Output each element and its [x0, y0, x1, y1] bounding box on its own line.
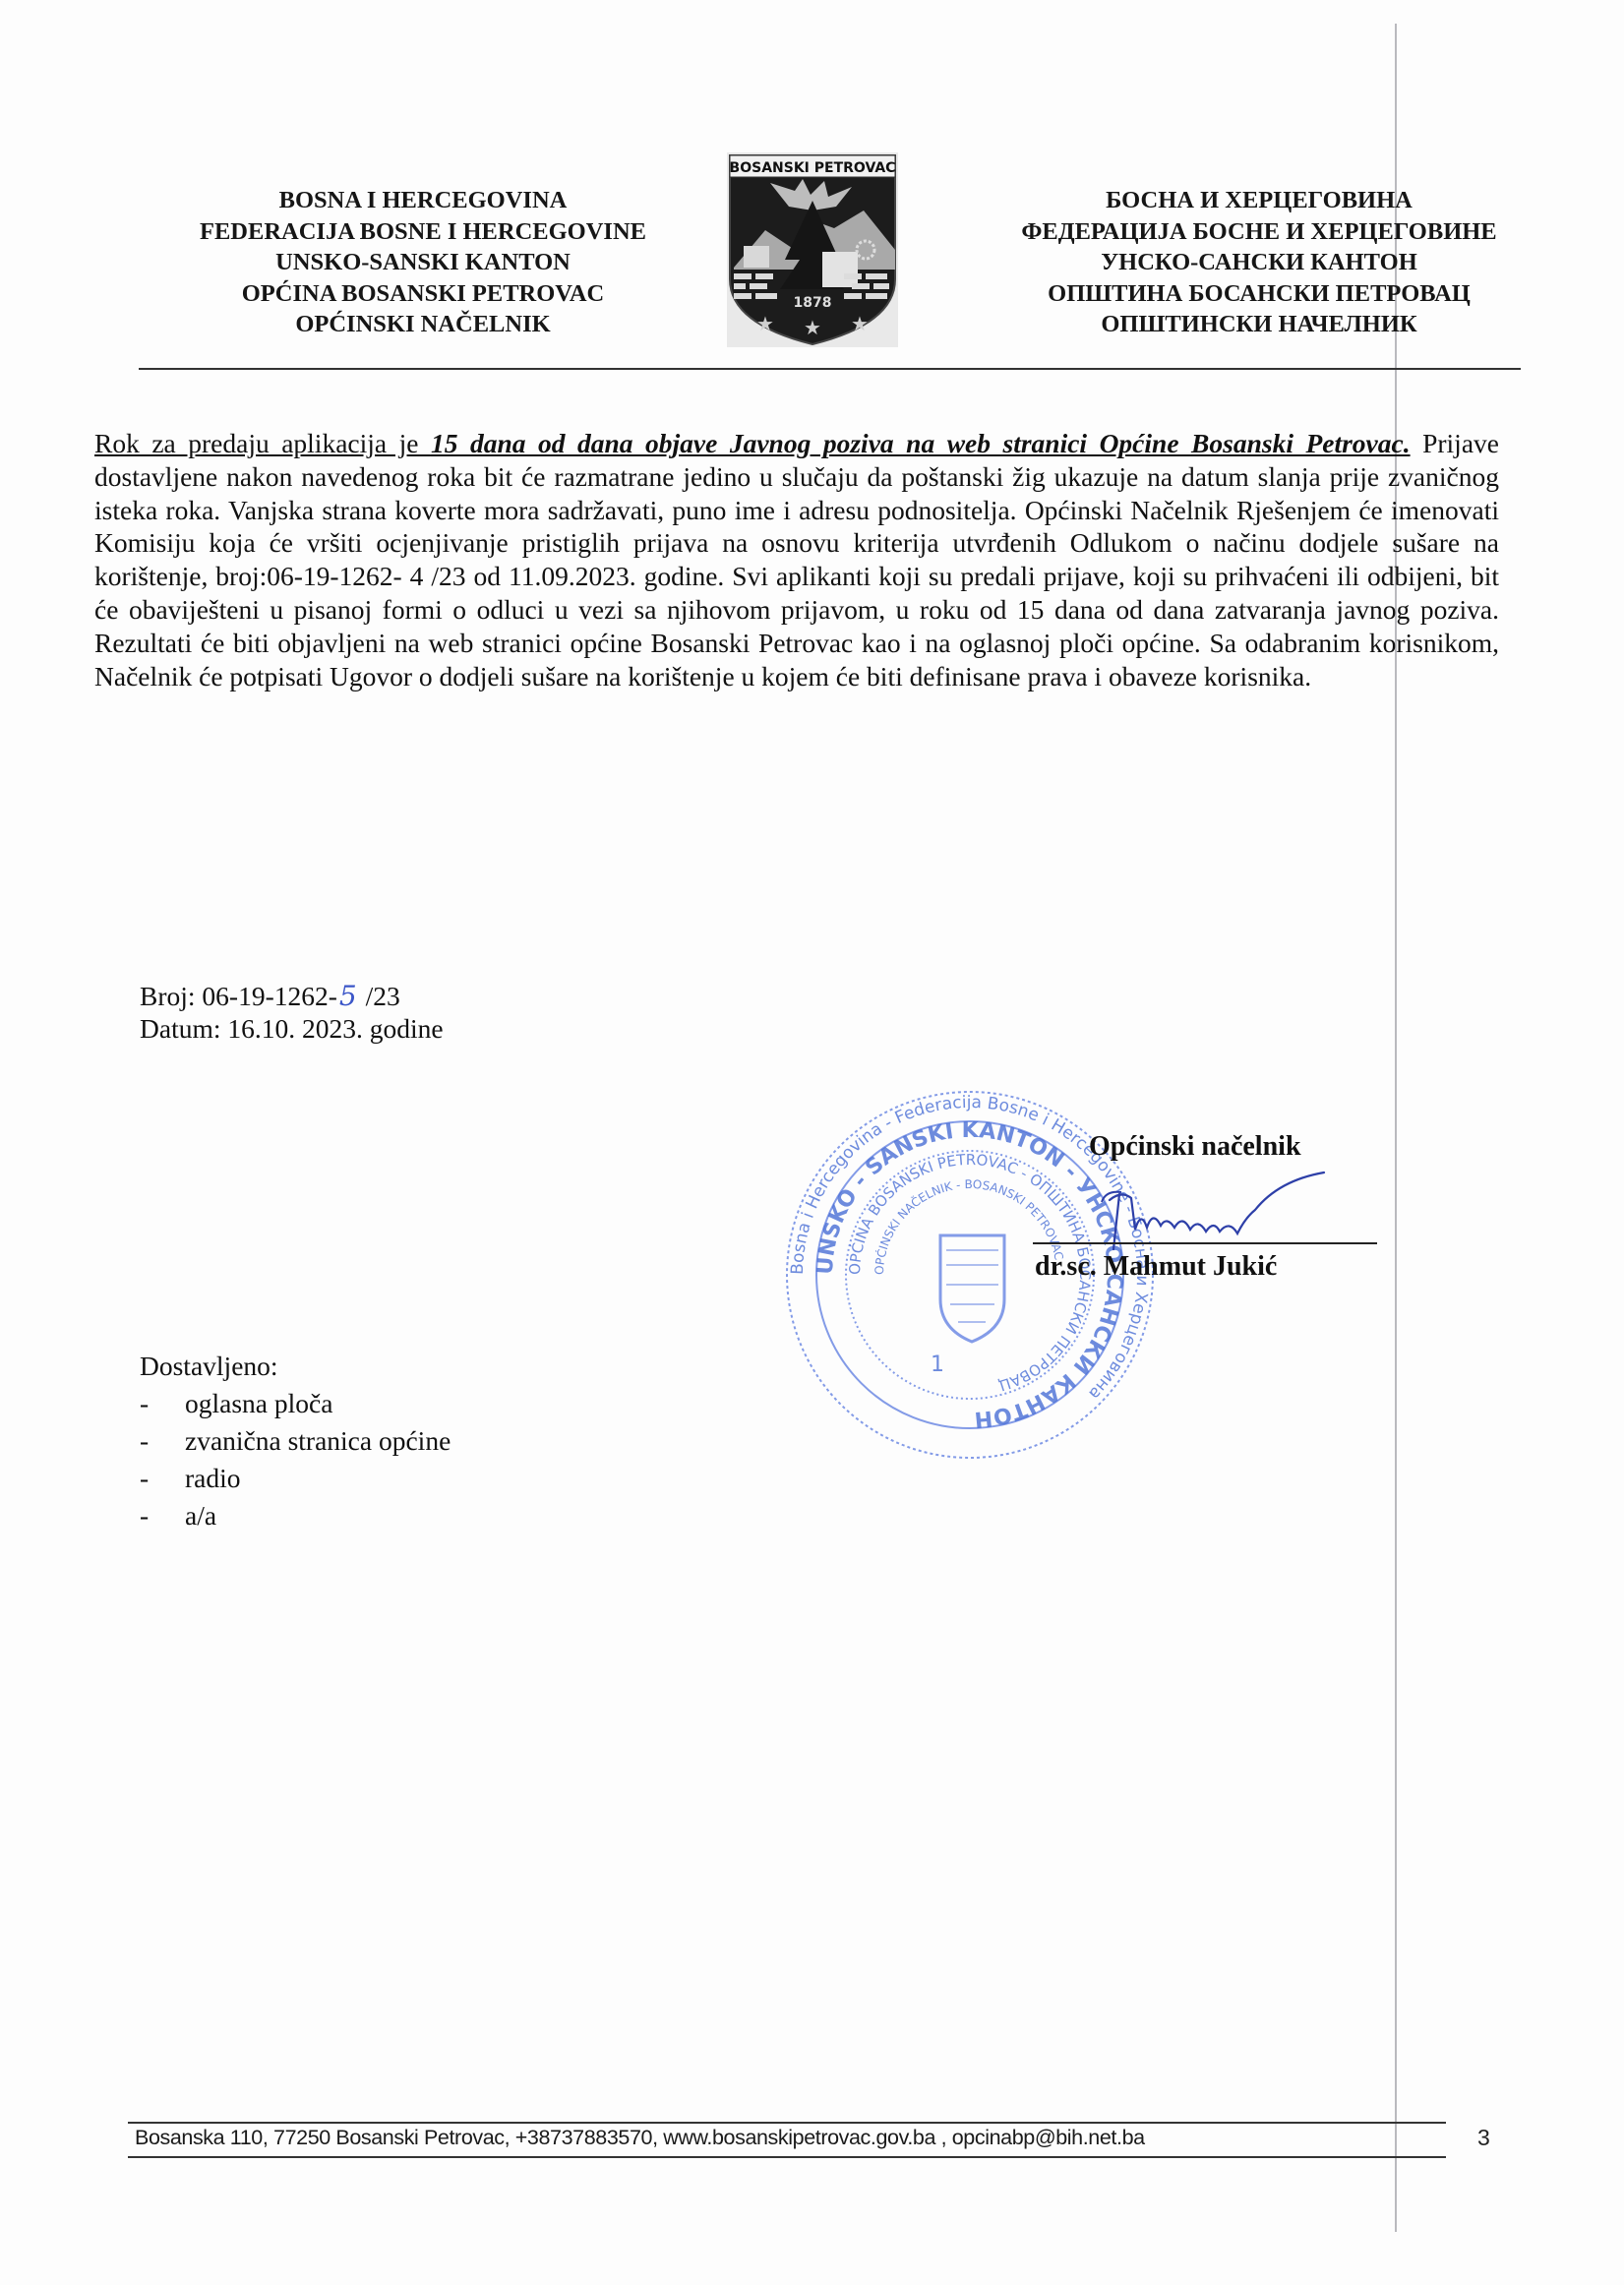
svg-text:1: 1 [931, 1353, 944, 1377]
header-cyrillic: БОСНА И ХЕРЦЕГОВИНА ФЕДЕРАЦИЈА БОСНЕ И Х… [984, 185, 1534, 340]
footer-contact: Bosanska 110, 77250 Bosanski Petrovac, +… [135, 2126, 1145, 2150]
svg-text:★: ★ [851, 312, 869, 335]
document-page: BOSNA I HERCEGOVINA FEDERACIJA BOSNE I H… [0, 0, 1624, 2285]
distribution-label: Dostavljeno: [140, 1348, 451, 1385]
body-paragraph: Rok za predaju aplikacija je 15 dana od … [94, 427, 1499, 692]
signatory-title: Općinski načelnik [1089, 1131, 1301, 1163]
list-item-text: oglasna ploča [185, 1385, 332, 1422]
svg-text:★: ★ [756, 312, 774, 335]
list-item: -radio [140, 1460, 451, 1497]
reference-date: Datum: 16.10. 2023. godine [140, 1012, 444, 1045]
body-rest: Prijave dostavljene nakon navedenog roka… [94, 428, 1499, 692]
header-line: ФЕДЕРАЦИЈА БОСНЕ И ХЕРЦЕГОВИНЕ [984, 216, 1534, 248]
list-item: -zvanična stranica općine [140, 1422, 451, 1460]
header-line: ОПШТИНА БОСАНСКИ ПЕТРОВАЦ [984, 278, 1534, 310]
header-line: БОСНА И ХЕРЦЕГОВИНА [984, 185, 1534, 216]
list-item: -oglasna ploča [140, 1385, 451, 1422]
header-line: UNSKO-SANSKI KANTON [157, 247, 689, 278]
deadline-intro: Rok za predaju aplikacija je [94, 428, 431, 458]
header-latin: BOSNA I HERCEGOVINA FEDERACIJA BOSNE I H… [157, 185, 689, 340]
handwritten-number: 5 [339, 980, 357, 1012]
deadline-emphasis: 15 dana od dana objave Javnog poziva na … [431, 428, 1411, 458]
footer-divider-top [128, 2122, 1446, 2124]
svg-text:BOSANSKI PETROVAC: BOSANSKI PETROVAC [730, 160, 896, 176]
header-line: OPĆINA BOSANSKI PETROVAC [157, 278, 689, 310]
scan-artifact-line [1395, 24, 1397, 2232]
header-divider [139, 368, 1521, 370]
header-line: ОПШТИНСКИ НАЧЕЛНИК [984, 309, 1534, 340]
svg-text:★: ★ [804, 316, 821, 339]
handwritten-signature-icon [1092, 1171, 1348, 1259]
coat-of-arms-icon: BOSANSKI PETROVAC 1878 ★★★ [726, 151, 899, 348]
signatory-name: dr.sc. Mahmut Jukić [1035, 1251, 1277, 1283]
header-line: BOSNA I HERCEGOVINA [157, 185, 689, 216]
reference-number: Broj: 06-19-1262-5 /23 [140, 980, 444, 1012]
page-number: 3 [1477, 2125, 1490, 2151]
list-item-text: radio [185, 1460, 241, 1497]
list-item-text: a/a [185, 1497, 216, 1534]
header-line: УНСКО-САНСКИ КАНТОН [984, 247, 1534, 278]
list-item: -a/a [140, 1497, 451, 1534]
reference-number-prefix: Broj: 06-19-1262- [140, 981, 337, 1011]
header-line: FEDERACIJA BOSNE I HERCEGOVINE [157, 216, 689, 248]
distribution-list: Dostavljeno: -oglasna ploča -zvanična st… [140, 1348, 451, 1534]
footer-divider-bottom [128, 2156, 1446, 2158]
reference-block: Broj: 06-19-1262-5 /23 Datum: 16.10. 202… [140, 980, 444, 1045]
svg-text:1878: 1878 [794, 295, 832, 311]
list-item-text: zvanična stranica općine [185, 1422, 451, 1460]
reference-number-suffix: /23 [359, 981, 400, 1011]
header-line: OPĆINSKI NAČELNIK [157, 309, 689, 340]
signature-line [1033, 1242, 1377, 1244]
